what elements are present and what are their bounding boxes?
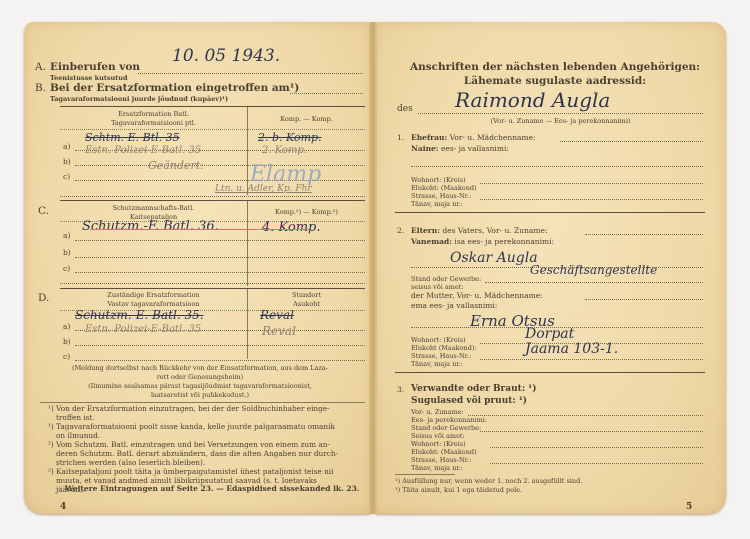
- footnote-line: deren Schutzm. Batl. derart abzuändern, …: [48, 449, 338, 458]
- relative-field: Stand oder Gewerbe:: [411, 424, 481, 432]
- mother-label-de: der Mutter, Vor- u. Mädchenname:: [411, 291, 543, 300]
- row-d-b-location: Reval: [262, 324, 296, 338]
- parents-rest-et: isa ees- ja perekonnanimi:: [454, 237, 554, 246]
- section-b-col1-et: Tagavaraformatsiooni ptl.: [60, 119, 247, 127]
- section-c-col1-de: Schutzmannschafts-Batl.: [60, 204, 247, 212]
- spouse-rest-de: Vor- u. Mädchenname:: [450, 133, 536, 142]
- spouse-bold-de: Ehefrau:: [411, 133, 447, 142]
- row-b-b-company: 2. Komp.: [262, 145, 307, 156]
- note-de-2: rett oder Genesungsheim): [30, 373, 370, 381]
- mother-label-et: ema ees- ja vallasnimi:: [411, 301, 497, 310]
- row-c-a-company: 4. Komp.: [262, 220, 321, 235]
- row-b-a-company: 2. b. Komp.: [258, 131, 322, 144]
- footnote-line: ¹) Tagavaraformatsiooni poolt sisse kand…: [48, 422, 338, 431]
- page-number-right: 5: [686, 502, 692, 512]
- row-b-a-label: a): [63, 142, 70, 151]
- section-a-label-et: Teenistusse kutsutud: [50, 74, 128, 82]
- enlistment-date: 10. 05 1943.: [172, 46, 280, 66]
- spouse-label-et: Naine: ees- ja vallasnimi:: [411, 144, 509, 153]
- row-c-c-label: c): [63, 264, 70, 273]
- parents-label-de: Eltern: des Vaters, Vor- u. Zuname:: [411, 226, 547, 235]
- row-d-a-label: a): [63, 322, 70, 331]
- row-c-b-label: b): [63, 248, 71, 257]
- father-name: Oskar Augla: [450, 250, 538, 266]
- relative-field: Vor- u. Zuname:: [411, 408, 464, 416]
- spouse-rest-et: ees- ja vallasnimi:: [441, 144, 509, 153]
- row-b-c-label: c): [63, 172, 70, 181]
- section-d-col2-et: Asukoht: [248, 300, 365, 308]
- section-d-letter: D.: [38, 292, 49, 304]
- des-label: des: [397, 104, 413, 114]
- relative-field: Tänav, maja nr.:: [411, 464, 463, 472]
- officer-signature: Ltn. u. Adler, Kp. Fhr: [215, 184, 312, 194]
- section-2-num: 2.: [397, 226, 404, 235]
- section-c-col2: Komp.²) — Komp.²): [248, 208, 365, 216]
- parents-label-et: Vanemad: isa ees- ja perekonnanimi:: [411, 237, 554, 246]
- relative-field: Ees- ja perekonnanimi:: [411, 416, 487, 424]
- des-caption: (Vor- u. Zuname — Ees- ja perekonnanimi): [418, 117, 703, 125]
- row-d-a-location: Reval: [260, 308, 294, 322]
- relatives-bride-et: Sugulased või pruut: ¹): [411, 396, 527, 406]
- footnote-line: ¹) Von der Ersatzformation einzutragen, …: [48, 404, 338, 413]
- row-d-b-label: b): [63, 337, 71, 346]
- spouse-label-de: Ehefrau: Vor- u. Mädchenname:: [411, 133, 536, 142]
- note-et-2: laatsaretist või puhkekodust.): [30, 391, 370, 399]
- parents-street: Jaama 103-1.: [525, 341, 618, 357]
- soldier-name: Raimond Augla: [455, 88, 610, 112]
- father-occupation: Geschäftsangestellte: [530, 263, 657, 277]
- row-b-b-unit: Estn. Polizei-E-Batl. 35: [85, 145, 201, 156]
- row-c-a-label: a): [63, 231, 70, 240]
- parents-bold-de: Eltern:: [411, 226, 440, 235]
- parents-bold-et: Vanemad:: [411, 237, 452, 246]
- row-d-a-unit: Schutzm.-E. Batl. 35.: [75, 308, 204, 322]
- spouse-wohnort: Wohnort: (Kreis): [411, 176, 466, 184]
- relatives-title-de: Anschriften der nächsten lebenden Angehö…: [385, 61, 725, 73]
- left-footnotes: ¹) Von der Ersatzformation einzutragen, …: [48, 404, 338, 494]
- footnote-line: ²) Kaitsepataljoni poolt täita ja ümberp…: [48, 467, 338, 476]
- section-b-label-de: Bei der Ersatzformation eingetroffen am¹…: [50, 82, 299, 94]
- father-stand-de: Stand oder Gewerbe:: [411, 275, 481, 283]
- row-b-a-unit: Schtm. E. Btl. 35: [85, 131, 180, 144]
- parents-city: Dorpat: [525, 326, 574, 342]
- footnote-line: on ilmunud.: [48, 431, 338, 440]
- section-a-letter: A.: [35, 61, 46, 73]
- relative-field: Seisus või amet:: [411, 432, 465, 440]
- relatives-bride-de: Verwandte oder Braut: ¹): [411, 384, 537, 394]
- right-footnote-1: ¹) Ausfüllung nur, wenn weder 1. noch 2.…: [395, 477, 582, 485]
- relative-field: Wohnort: (Kreis): [411, 440, 466, 448]
- row-d-b-unit: Estn. Polizei-E-Batl. 35: [85, 324, 201, 335]
- father-stand-et: seisus või amet:: [411, 283, 464, 291]
- right-footnote-2: ¹) Täita ainult, kui 1 ega täidetud pole…: [395, 486, 522, 494]
- note-de-1: (Meldung dortselbst nach Rückkehr von de…: [30, 364, 370, 372]
- section-d-col1-et: Vastav tagavaraformatsioon: [60, 300, 247, 308]
- footnote-line: strichen werden (also leserlich bleiben)…: [48, 458, 338, 467]
- relative-field: Strasse, Haus-Nr.:: [411, 456, 471, 464]
- book-spine: [369, 22, 377, 514]
- changed-note: Geändert:: [148, 159, 204, 172]
- parents-tanav: Tänav, maja nr.:: [411, 360, 463, 368]
- row-b-b-label: b): [63, 157, 71, 166]
- row-c-a-unit: Schutzm.-F. Batl. 36.: [82, 219, 219, 234]
- section-a-label-de: Einberufen von: [50, 61, 140, 73]
- note-et-1: (Ilmumine sealsamas pärast tagasijõudmis…: [30, 382, 370, 390]
- parents-strasse: Strasse, Haus-Nr.:: [411, 352, 471, 360]
- section-d-col2-de: Standort: [248, 291, 365, 299]
- page-number-left: 4: [60, 502, 66, 512]
- further-entries-note: Weitere Eintragungen auf Seite 23. — Eda…: [65, 484, 359, 493]
- relatives-title-et: Lähemate sugulaste aadressid:: [385, 75, 725, 87]
- relative-field: Elukoht: (Maakond): [411, 448, 477, 456]
- row-d-c-label: c): [63, 352, 70, 361]
- section-b-letter: B.: [35, 82, 46, 94]
- section-b-col2: Komp. — Komp.: [248, 115, 365, 123]
- section-1-num: 1.: [397, 133, 404, 142]
- spouse-strasse: Strasse, Haus-Nr.:: [411, 192, 471, 200]
- section-b-col1-de: Ersatzformation Batl.: [60, 110, 247, 118]
- spouse-tanav: Tänav, maja nr.:: [411, 200, 463, 208]
- section-3-num: 3.: [397, 385, 404, 394]
- section-b-label-et: Tagavaraformatsiooni juurde jõudnud (kup…: [50, 95, 228, 103]
- section-c-letter: C.: [38, 205, 49, 217]
- spouse-elukoht: Elukoht: (Maakond): [411, 184, 477, 192]
- parents-rest-de: des Vaters, Vor- u. Zuname:: [442, 226, 547, 235]
- footnote-line: troffen ist.: [48, 413, 338, 422]
- spouse-bold-et: Naine:: [411, 144, 439, 153]
- footnote-line: ²) Vom Schutzm. Batl. einzutragen und be…: [48, 440, 338, 449]
- section-d-col1-de: Zuständige Ersatzformation: [60, 291, 247, 299]
- parents-wohnort: Wohnort: (Kreis): [411, 336, 466, 344]
- parents-elukoht: Elukoht (Maakond):: [411, 344, 477, 352]
